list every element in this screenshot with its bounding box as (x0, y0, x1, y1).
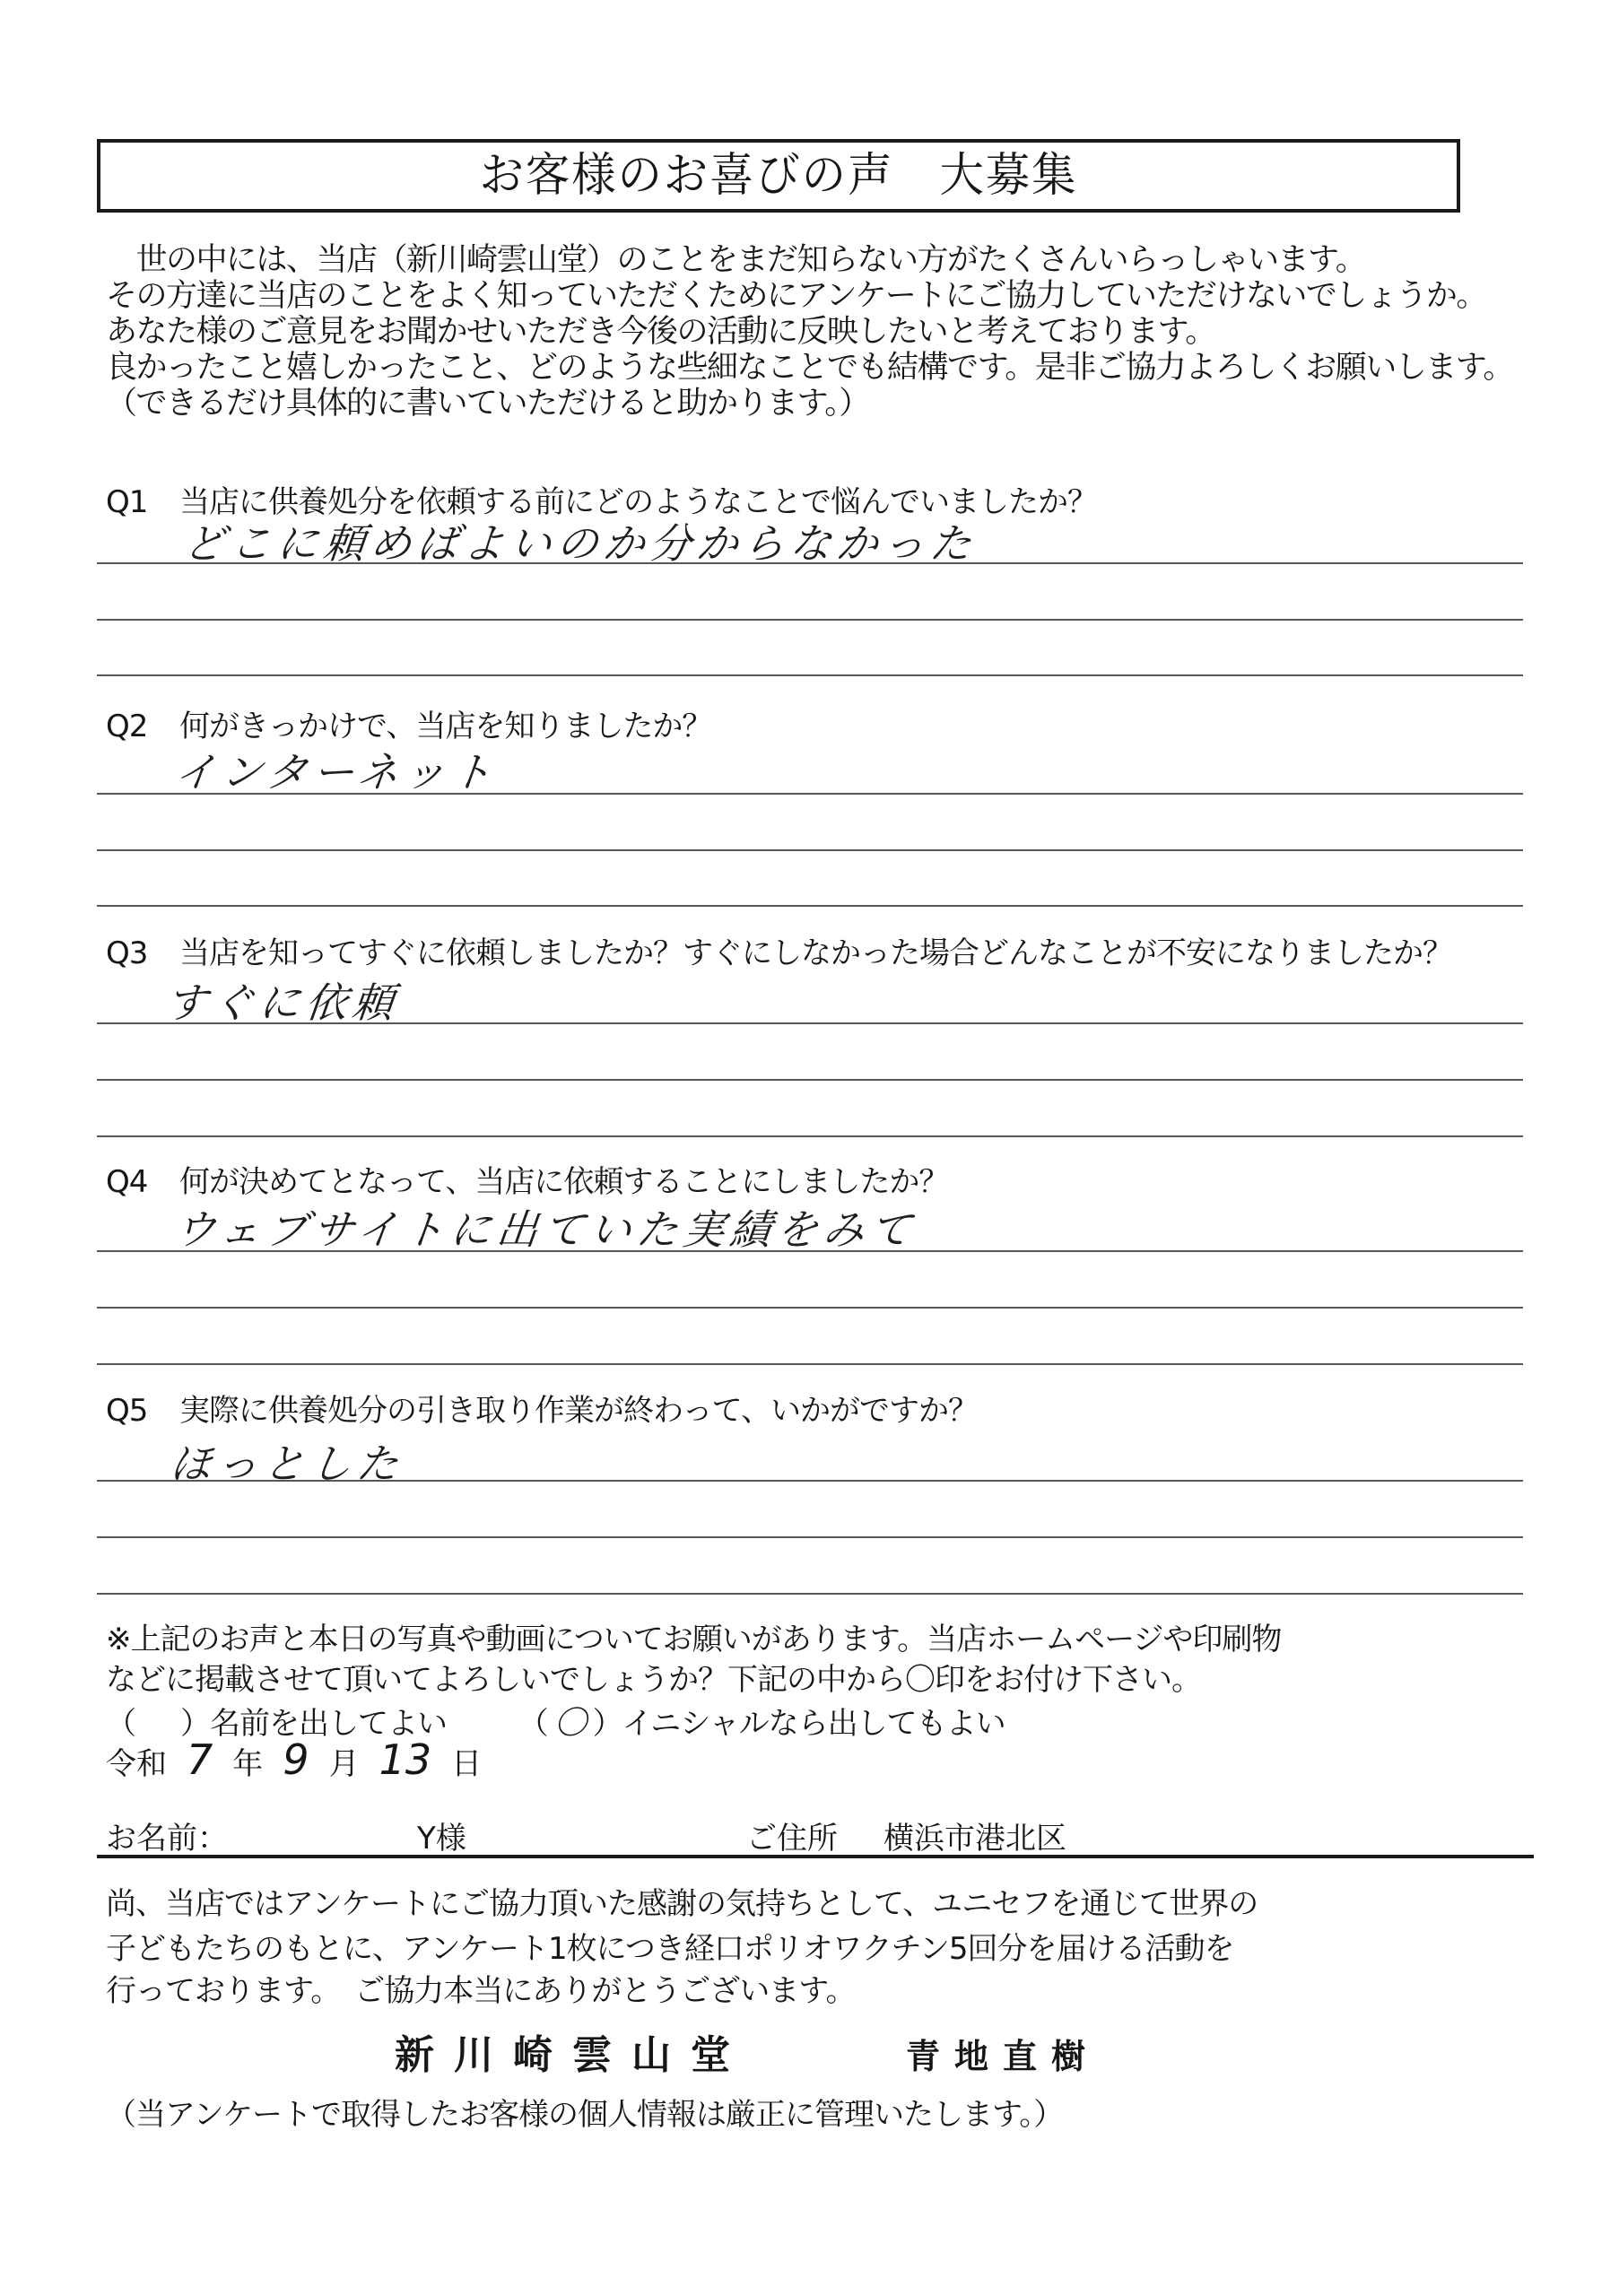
answer-4[interactable]: ウェブサイトに出ていた実績をみて (172, 1197, 920, 1257)
name-address-underline (97, 1855, 1534, 1858)
question-5: Q5実際に供養処分の引き取り作業が終わって、いかがですか？ (106, 1386, 978, 1430)
consent-line-1: ※上記のお声と本日の写真や動画についてお願いがあります。当店ホームページや印刷物 (106, 1614, 1281, 1658)
answer-line (97, 1363, 1523, 1365)
date-month-unit: 月 (329, 1746, 360, 1782)
shop-name: 新川崎雲山堂 (395, 2022, 750, 2080)
intro-line: あなた様のご意見をお聞かせいただき今後の活動に反映したいと考えております。 (106, 314, 1541, 350)
answer-line (97, 1135, 1523, 1137)
name-field[interactable]: Y様 (417, 1813, 466, 1857)
question-text: 実際に供養処分の引き取り作業が終わって、いかがですか？ (179, 1393, 978, 1429)
date-day-unit: 日 (451, 1746, 482, 1782)
answer-line (97, 1536, 1523, 1538)
answer-line (97, 1593, 1523, 1595)
owner-name: 青地直樹 (906, 2029, 1100, 2078)
answer-line (97, 1307, 1523, 1309)
answer-line (97, 849, 1523, 851)
answer-line (97, 1250, 1523, 1252)
answer-line (97, 1480, 1523, 1482)
answer-line (97, 905, 1523, 907)
question-text: 何が決めてとなって、当店に依頼することにしましたか？ (179, 1164, 948, 1200)
question-3: Q3当店を知ってすぐに依頼しましたか？すぐにしなかった場合どんなことが不安になり… (106, 928, 1452, 972)
question-text: 何がきっかけで、当店を知りましたか？ (179, 709, 711, 744)
closing-line: 子どもたちのもとに、アンケート1枚につき経口ポリオワクチン5回分を届ける活動を (106, 1924, 1234, 1968)
answer-5[interactable]: ほっとした (168, 1431, 407, 1491)
option-initial-checkbox[interactable]: （〇） (518, 1706, 622, 1742)
answer-line (97, 1079, 1523, 1081)
answer-line (97, 674, 1523, 676)
answer-3[interactable]: すぐに依頼 (163, 970, 403, 1030)
privacy-note: （当アンケートで取得したお客様の個人情報は厳正に管理いたします。） (106, 2090, 1063, 2134)
question-2: Q2何がきっかけで、当店を知りましたか？ (106, 701, 711, 745)
consent-line-2: などに掲載させて頂いてよろしいでしょうか？下記の中から〇印をお付け下さい。 (106, 1655, 1201, 1699)
closing-line: 行っております。 ご協力本当にありがとうございます。 (106, 1966, 856, 2010)
answer-line (97, 619, 1523, 621)
question-number: Q1 (106, 484, 179, 520)
title-box: お客様のお喜びの声 大募集 (97, 139, 1460, 213)
date-year-unit: 年 (232, 1746, 263, 1782)
intro-line: 世の中には、当店（新川崎雲山堂）のことをまだ知らない方がたくさんいらっしゃいます… (106, 242, 1541, 278)
page-title: お客様のお喜びの声 大募集 (480, 152, 1078, 199)
answer-line (97, 562, 1523, 564)
date-month[interactable]: 9 (263, 1735, 328, 1784)
question-text: 当店を知ってすぐに依頼しましたか？すぐにしなかった場合どんなことが不安になりまし… (179, 935, 1452, 971)
answer-line (97, 793, 1523, 795)
question-number: Q2 (106, 709, 179, 744)
date-era: 令和 (106, 1746, 167, 1782)
question-number: Q3 (106, 935, 179, 971)
intro-paragraph: 世の中には、当店（新川崎雲山堂）のことをまだ知らない方がたくさんいらっしゃいます… (106, 242, 1541, 422)
address-label: ご住所 (746, 1813, 838, 1857)
name-label: お名前： (106, 1813, 228, 1857)
date-row: 令和7年9月13日 (106, 1735, 482, 1784)
address-field[interactable]: 横浜市港北区 (883, 1813, 1066, 1857)
answer-line (97, 1022, 1523, 1024)
answer-2[interactable]: インターネット (172, 740, 501, 799)
question-number: Q5 (106, 1393, 179, 1429)
intro-line: （できるだけ具体的に書いていただけると助かります。） (106, 386, 1541, 422)
option-initial-mark: 〇 (548, 1698, 593, 1744)
date-day[interactable]: 13 (360, 1735, 452, 1784)
closing-line: 尚、当店ではアンケートにご協力頂いた感謝の気持ちとして、ユニセフを通じて世界の (106, 1879, 1258, 1923)
intro-line: その方達に当店のことをよく知っていただくためにアンケートにご協力していただけない… (106, 278, 1541, 314)
question-4: Q4何が決めてとなって、当店に依頼することにしましたか？ (106, 1157, 948, 1201)
date-year[interactable]: 7 (167, 1735, 232, 1784)
question-number: Q4 (106, 1164, 179, 1200)
intro-line: 良かったこと嬉しかったこと、どのような些細なことでも結構です。是非ご協力よろしく… (106, 350, 1541, 386)
option-initial-label: イニシャルなら出してもよい (622, 1706, 1005, 1742)
